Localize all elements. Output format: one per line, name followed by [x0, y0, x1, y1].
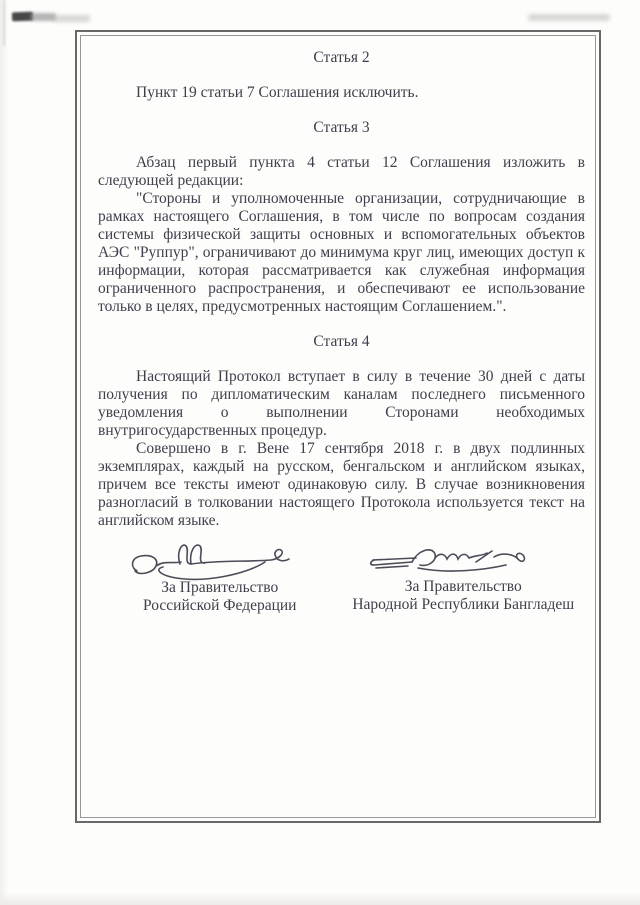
signature-block-russia: За Правительство Российской Федерации [98, 540, 342, 615]
scanned-document-page: Статья 2 Пункт 19 статьи 7 Соглашения ис… [0, 0, 640, 905]
article-2-heading: Статья 2 [98, 49, 585, 67]
article-3-paragraph-2: "Стороны и уполномоченные организации, с… [98, 190, 585, 316]
scan-smudge-top-left-tail [52, 15, 90, 22]
signature-block-bangladesh: За Правительство Народной Республики Бан… [342, 540, 586, 615]
article-4-paragraph-2: Совершено в г. Вене 17 сентября 2018 г. … [98, 440, 585, 530]
signature-party-line: Народной Республики Бангладеш [352, 596, 574, 614]
article-3-heading: Статья 3 [98, 119, 585, 137]
signature-for-line: За Правительство [161, 579, 278, 597]
scan-bottom-edge-shading [0, 892, 640, 905]
article-4-paragraph-1: Настоящий Протокол вступает в силу в теч… [98, 368, 585, 440]
document-body: Статья 2 Пункт 19 статьи 7 Соглашения ис… [81, 36, 595, 817]
scan-left-edge-line [3, 0, 5, 46]
scan-left-edge-shading [0, 0, 9, 905]
article-4-heading: Статья 4 [98, 333, 585, 351]
article-2-paragraph-1: Пункт 19 статьи 7 Соглашения исключить. [98, 84, 585, 102]
scan-smudge-top-right [528, 14, 610, 21]
document-border-frame-inner: Статья 2 Пункт 19 статьи 7 Соглашения ис… [80, 35, 596, 818]
signature-party-line: Российской Федерации [143, 597, 296, 615]
bangladesh-signature-scribble [366, 540, 536, 582]
signature-blocks-row: За Правительство Российской Федерации [98, 540, 585, 615]
document-border-frame: Статья 2 Пункт 19 статьи 7 Соглашения ис… [75, 30, 601, 823]
signature-for-line: За Правительство [405, 578, 522, 596]
article-3-paragraph-1: Абзац первый пункта 4 статьи 12 Соглашен… [98, 154, 585, 190]
